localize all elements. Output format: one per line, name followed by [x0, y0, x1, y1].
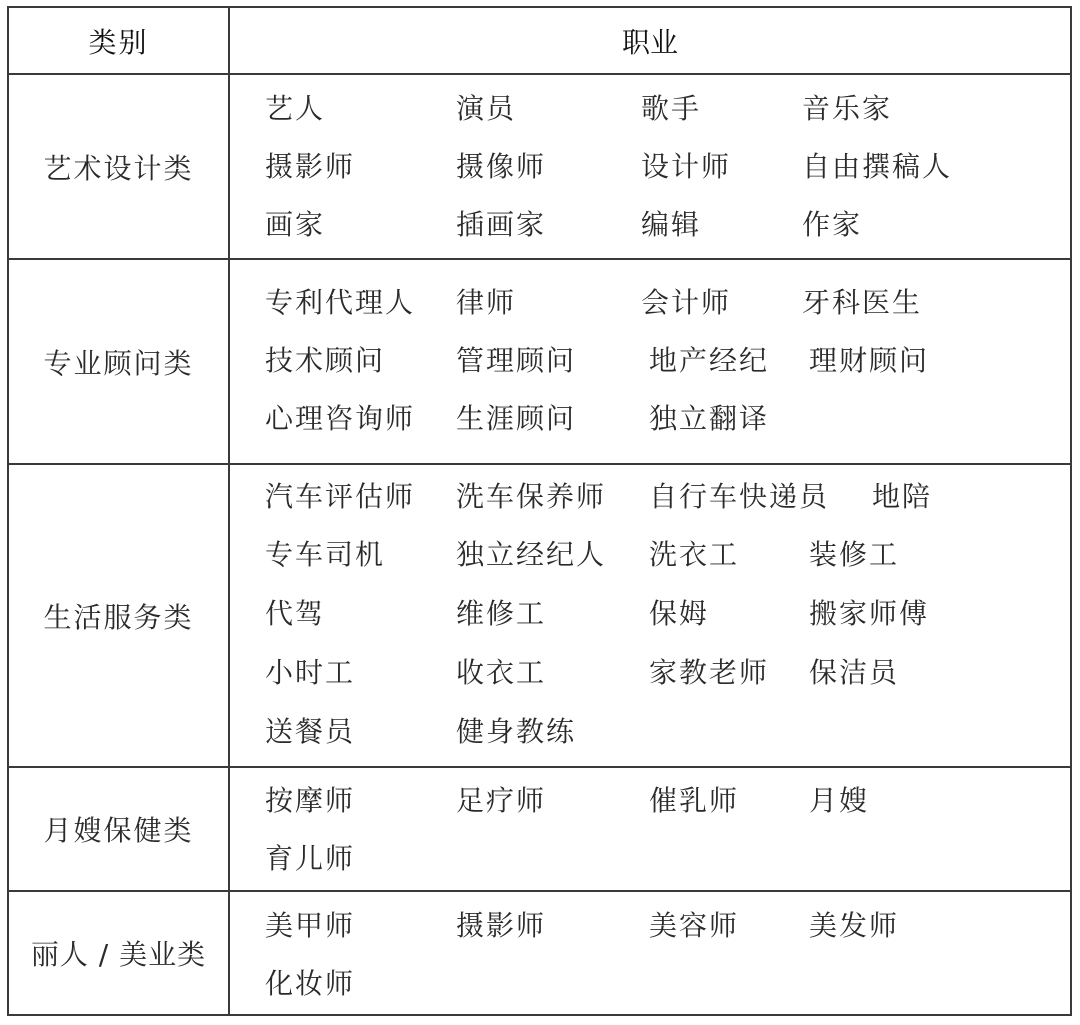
occupation-item: 生涯顾问	[456, 399, 576, 439]
category-cell: 丽人 / 美业类	[9, 892, 230, 1014]
occupation-item: 健身教练	[456, 712, 576, 752]
occupation-item: 美甲师	[265, 906, 355, 946]
occupation-item: 代驾	[265, 594, 325, 634]
occupation-item: 催乳师	[649, 781, 739, 821]
occupation-item: 保姆	[649, 594, 709, 634]
occupation-item: 美容师	[649, 906, 739, 946]
occupation-item: 化妆师	[265, 964, 355, 1004]
occupation-cell: 美甲师 摄影师 美容师 美发师 化妆师	[230, 892, 1070, 1014]
occupation-item: 地陪	[872, 477, 932, 517]
occupation-item: 洗衣工	[649, 535, 739, 575]
occupation-category-table: 类别 职业 艺术设计类 艺人 演员 歌手 音乐家 摄影师 摄像师 设计师 自由撰…	[7, 6, 1072, 1016]
occupation-item: 牙科医生	[802, 283, 922, 323]
table-header-row: 类别 职业	[9, 8, 1070, 75]
occupation-item: 编辑	[641, 205, 701, 245]
occupation-item: 插画家	[456, 205, 546, 245]
occupation-item: 专利代理人	[265, 283, 415, 323]
occupation-item: 自行车快递员	[649, 477, 829, 517]
occupation-item: 地产经纪	[649, 341, 769, 381]
occupation-item: 作家	[802, 205, 862, 245]
occupation-item: 摄像师	[456, 147, 546, 187]
occupation-item: 摄影师	[265, 147, 355, 187]
occupation-item: 家教老师	[649, 653, 769, 693]
header-category: 类别	[9, 8, 230, 73]
occupation-cell: 专利代理人 律师 会计师 牙科医生 技术顾问 管理顾问 地产经纪 理财顾问 心理…	[230, 260, 1070, 463]
category-cell: 月嫂保健类	[9, 768, 230, 890]
occupation-item: 足疗师	[456, 781, 546, 821]
table-row-art-design: 艺术设计类 艺人 演员 歌手 音乐家 摄影师 摄像师 设计师 自由撰稿人 画家 …	[9, 75, 1070, 260]
occupation-item: 理财顾问	[809, 341, 929, 381]
occupation-cell: 艺人 演员 歌手 音乐家 摄影师 摄像师 设计师 自由撰稿人 画家 插画家 编辑…	[230, 75, 1070, 258]
occupation-item: 维修工	[456, 594, 546, 634]
occupation-item: 设计师	[641, 147, 731, 187]
occupation-item: 月嫂	[809, 781, 869, 821]
occupation-item: 洗车保养师	[456, 477, 606, 517]
occupation-item: 收衣工	[456, 653, 546, 693]
occupation-item: 摄影师	[456, 906, 546, 946]
occupation-item: 汽车评估师	[265, 477, 415, 517]
occupation-item: 按摩师	[265, 781, 355, 821]
occupation-item: 管理顾问	[456, 341, 576, 381]
occupation-item: 保洁员	[809, 653, 899, 693]
occupation-cell: 汽车评估师 洗车保养师 自行车快递员 地陪 专车司机 独立经纪人 洗衣工 装修工…	[230, 465, 1070, 766]
occupation-item: 自由撰稿人	[802, 147, 952, 187]
table-row-maternity-health: 月嫂保健类 按摩师 足疗师 催乳师 月嫂 育儿师	[9, 768, 1070, 892]
header-occupation: 职业	[230, 8, 1070, 73]
occupation-item: 专车司机	[265, 535, 385, 575]
occupation-item: 技术顾问	[265, 341, 385, 381]
occupation-cell: 按摩师 足疗师 催乳师 月嫂 育儿师	[230, 768, 1070, 890]
occupation-item: 育儿师	[265, 839, 355, 879]
occupation-item: 搬家师傅	[809, 594, 929, 634]
category-cell: 生活服务类	[9, 465, 230, 766]
occupation-item: 会计师	[641, 283, 731, 323]
occupation-item: 画家	[265, 205, 325, 245]
occupation-item: 演员	[456, 89, 516, 129]
occupation-item: 心理咨询师	[265, 399, 415, 439]
occupation-item: 独立经纪人	[456, 535, 606, 575]
occupation-item: 律师	[456, 283, 516, 323]
table-row-beauty: 丽人 / 美业类 美甲师 摄影师 美容师 美发师 化妆师	[9, 892, 1070, 1014]
occupation-item: 送餐员	[265, 712, 355, 752]
category-cell: 艺术设计类	[9, 75, 230, 258]
occupation-item: 装修工	[809, 535, 899, 575]
occupation-item: 美发师	[809, 906, 899, 946]
occupation-item: 独立翻译	[649, 399, 769, 439]
occupation-item: 音乐家	[802, 89, 892, 129]
occupation-item: 艺人	[265, 89, 325, 129]
table-row-professional-consulting: 专业顾问类 专利代理人 律师 会计师 牙科医生 技术顾问 管理顾问 地产经纪 理…	[9, 260, 1070, 465]
table-row-life-services: 生活服务类 汽车评估师 洗车保养师 自行车快递员 地陪 专车司机 独立经纪人 洗…	[9, 465, 1070, 768]
occupation-item: 小时工	[265, 653, 355, 693]
occupation-item: 歌手	[641, 89, 701, 129]
category-cell: 专业顾问类	[9, 260, 230, 463]
